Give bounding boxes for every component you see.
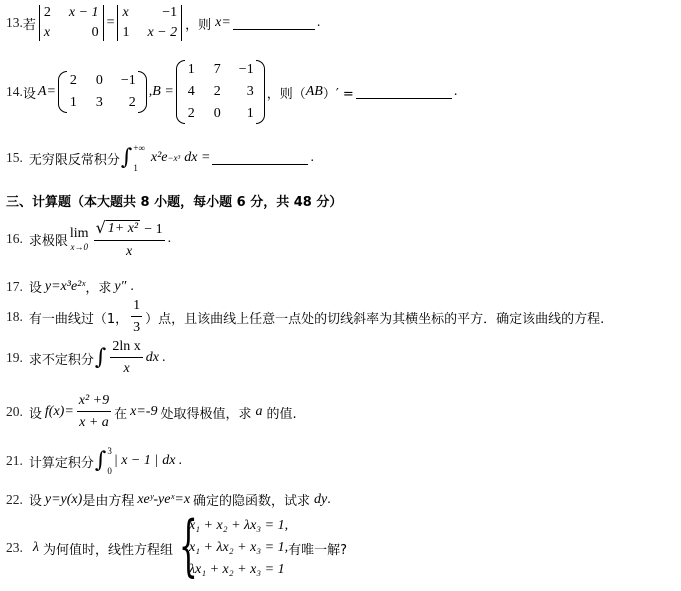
matrix-cell: 4 xyxy=(187,84,195,100)
exponent: −x³ xyxy=(167,153,180,163)
upper-limit: 3 xyxy=(107,446,112,456)
function: f(x)= xyxy=(45,404,74,420)
question-text: 设 xyxy=(23,83,36,102)
fraction: 1 3 xyxy=(131,298,142,336)
question-number: 23. xyxy=(6,540,23,556)
differential: dx = xyxy=(184,150,210,166)
equation-row: x₁ + λx₂ + x₃ = 1, xyxy=(189,537,288,559)
integral-sign-icon: ∫ xyxy=(95,347,106,369)
question-text: ）′ = xyxy=(323,83,354,102)
question-text: 若 xyxy=(23,14,36,33)
question-text: ，则 xyxy=(185,14,211,33)
denominator: x xyxy=(126,241,132,260)
question-text: 求不定积分 xyxy=(29,349,94,368)
radicand: 1+ x² xyxy=(106,220,140,237)
matrix-cell: −1 xyxy=(239,62,254,78)
integrand: x²e xyxy=(151,150,168,166)
question-number: 15. xyxy=(6,150,23,166)
answer-blank[interactable] xyxy=(356,86,452,99)
det-cell: 0 xyxy=(69,25,99,41)
fraction: 2ln x x xyxy=(110,339,142,377)
period: . xyxy=(130,279,134,295)
matrix-b: 1 7 −1 4 2 3 2 0 1 xyxy=(176,60,265,124)
question-text: 确定的隐函数，试求 xyxy=(193,490,310,509)
question-text: 有一曲线过（1， xyxy=(29,308,128,327)
expression: y=x³e²ˣ xyxy=(45,279,85,295)
period: . xyxy=(327,492,331,508)
left-brace-icon: { xyxy=(179,513,185,583)
question-13: 13. 若 2 x − 1 x 0 = x −1 1 x − 2 ，则 x= . xyxy=(6,5,320,41)
integral-sign-icon: ∫ xyxy=(121,147,132,169)
equation-row: λx₁ + x₂ + x₃ = 1 xyxy=(189,559,288,581)
period: . xyxy=(454,84,458,100)
limit-subscript: x→0 xyxy=(70,242,88,252)
det-cell: 2 xyxy=(44,5,51,21)
period: . xyxy=(317,15,321,31)
limit-label: lim xyxy=(70,226,89,242)
det-cell: x − 1 xyxy=(69,5,99,21)
lower-limit: 0 xyxy=(107,466,112,476)
numerator: x² +9 xyxy=(77,393,111,412)
square-root: √ 1+ x² xyxy=(96,218,141,237)
question-text: ，则（ xyxy=(267,83,306,102)
fraction: √ 1+ x² − 1 x xyxy=(94,218,165,260)
matrix-cell: 2 xyxy=(121,95,136,111)
limit: lim x→0 xyxy=(70,226,89,252)
parameter-a: a xyxy=(255,404,262,420)
matrix-cell: 2 xyxy=(187,106,195,122)
question-14: 14. 设 A= 2 0 −1 1 3 2 ,B = 1 7 −1 4 2 3 … xyxy=(6,60,457,124)
target: y″ xyxy=(114,279,126,295)
equation-row: x₁ + x₂ + λx₃ = 1, xyxy=(189,515,288,537)
denominator: x + a xyxy=(79,412,109,431)
numerator: 2ln x xyxy=(110,339,142,358)
det-cell: 1 xyxy=(122,25,129,41)
lambda: λ xyxy=(33,540,39,556)
matrix-cell: 3 xyxy=(95,95,103,111)
matrix-cell: 0 xyxy=(95,73,103,89)
question-text: ，求 xyxy=(85,277,111,296)
question-number: 21. xyxy=(6,453,23,469)
question-number: 19. xyxy=(6,350,23,366)
question-text: 设 xyxy=(29,490,42,509)
lower-limit: 1 xyxy=(133,163,145,173)
right-paren xyxy=(256,60,265,124)
denominator: 3 xyxy=(133,317,140,336)
matrix-cell: 1 xyxy=(69,95,77,111)
question-number: 13. xyxy=(6,15,23,31)
question-text: 为何值时，线性方程组 xyxy=(43,539,173,558)
determinant-left: 2 x − 1 x 0 xyxy=(39,5,104,41)
integral-limits: +∞ 1 xyxy=(133,143,145,173)
left-paren xyxy=(58,71,67,113)
condition: x=-9 xyxy=(130,404,157,420)
matrix-a: 2 0 −1 1 3 2 xyxy=(58,71,147,113)
det-cell: x xyxy=(122,5,129,21)
integral-sign-icon: ∫ xyxy=(95,450,106,472)
matrix-b-label: ,B = xyxy=(149,84,174,100)
matrix-cell: 7 xyxy=(213,62,221,78)
question-18: 18. 有一曲线过（1， 1 3 ）点，且该曲线上任意一点处的切线斜率为其横坐标… xyxy=(6,298,604,336)
question-text: 求极限 xyxy=(29,230,68,249)
left-paren xyxy=(176,60,185,124)
numerator: 1 xyxy=(131,298,142,317)
period: . xyxy=(178,453,182,469)
matrix-cell: 1 xyxy=(239,106,254,122)
differential: dx xyxy=(162,453,175,469)
product-ab: AB xyxy=(306,84,323,100)
section-heading: 三、计算题（本大题共 8 小题，每小题 6 分，共 48 分） xyxy=(6,191,342,210)
matrix-cell: 0 xyxy=(213,106,221,122)
question-text: 在 xyxy=(114,403,127,422)
question-text: 计算定积分 xyxy=(29,452,94,471)
question-16: 16. 求极限 lim x→0 √ 1+ x² − 1 x . xyxy=(6,218,171,260)
answer-blank[interactable] xyxy=(212,152,308,165)
period: . xyxy=(168,231,172,247)
question-15: 15. 无穷限反常积分 ∫ +∞ 1 x²e −x³ dx = . xyxy=(6,143,314,173)
det-cell: x − 2 xyxy=(147,25,177,41)
matrix-cell: 2 xyxy=(213,84,221,100)
question-number: 17. xyxy=(6,279,23,295)
equals-sign: = xyxy=(107,15,115,31)
period: . xyxy=(310,150,314,166)
matrix-cell: 3 xyxy=(239,84,254,100)
integrand: | x − 1 | xyxy=(114,453,158,469)
question-text: 处取得极值，求 xyxy=(160,403,251,422)
determinant-right: x −1 1 x − 2 xyxy=(117,5,182,41)
denominator: x xyxy=(123,358,129,377)
question-text: 有唯一解? xyxy=(288,539,347,558)
fraction: x² +9 x + a xyxy=(77,393,111,431)
period: . xyxy=(162,350,166,366)
question-text: 无穷限反常积分 xyxy=(29,149,120,168)
question-text: 的值. xyxy=(266,403,296,422)
matrix-cell: 1 xyxy=(187,62,195,78)
question-19: 19. 求不定积分 ∫ 2ln x x dx . xyxy=(6,339,165,377)
question-number: 16. xyxy=(6,231,23,247)
question-number: 20. xyxy=(6,404,23,420)
differential: dx xyxy=(146,350,159,366)
question-23: 23. λ 为何值时，线性方程组 { x₁ + x₂ + λx₃ = 1, x₁… xyxy=(6,513,347,583)
answer-blank[interactable] xyxy=(233,17,315,30)
matrix-cell: 2 xyxy=(69,73,77,89)
question-number: 14. xyxy=(6,84,23,100)
det-cell: x xyxy=(44,25,51,41)
numerator-tail: − 1 xyxy=(144,222,162,237)
question-number: 22. xyxy=(6,492,23,508)
question-21: 21. 计算定积分 ∫ 3 0 | x − 1 | dx . xyxy=(6,446,182,476)
matrix-a-label: A= xyxy=(38,84,56,100)
integral-limits: 3 0 xyxy=(107,446,112,476)
question-17: 17. 设 y=x³e²ˣ ，求 y″ . xyxy=(6,277,134,296)
variable: x= xyxy=(215,15,231,31)
target: dy xyxy=(314,492,327,508)
upper-limit: +∞ xyxy=(133,143,145,153)
question-22: 22. 设 y=y(x) 是由方程 xeʸ-yeˣ=x 确定的隐函数，试求 dy… xyxy=(6,490,331,509)
question-text: 是由方程 xyxy=(82,490,134,509)
question-20: 20. 设 f(x)= x² +9 x + a 在 x=-9 处取得极值，求 a… xyxy=(6,393,297,431)
equation-system: { x₁ + x₂ + λx₃ = 1, x₁ + λx₂ + x₃ = 1, … xyxy=(175,513,288,583)
question-text: 设 xyxy=(29,277,42,296)
question-text: 设 xyxy=(29,403,42,422)
equation: xeʸ-yeˣ=x xyxy=(137,492,190,508)
question-text: ）点，且该曲线上任意一点处的切线斜率为其横坐标的平方．确定该曲线的方程. xyxy=(145,308,604,327)
det-cell: −1 xyxy=(147,5,177,21)
question-number: 18. xyxy=(6,309,23,325)
matrix-cell: −1 xyxy=(121,73,136,89)
right-paren xyxy=(138,71,147,113)
radical-icon: √ xyxy=(96,218,106,237)
function: y=y(x) xyxy=(45,492,82,508)
